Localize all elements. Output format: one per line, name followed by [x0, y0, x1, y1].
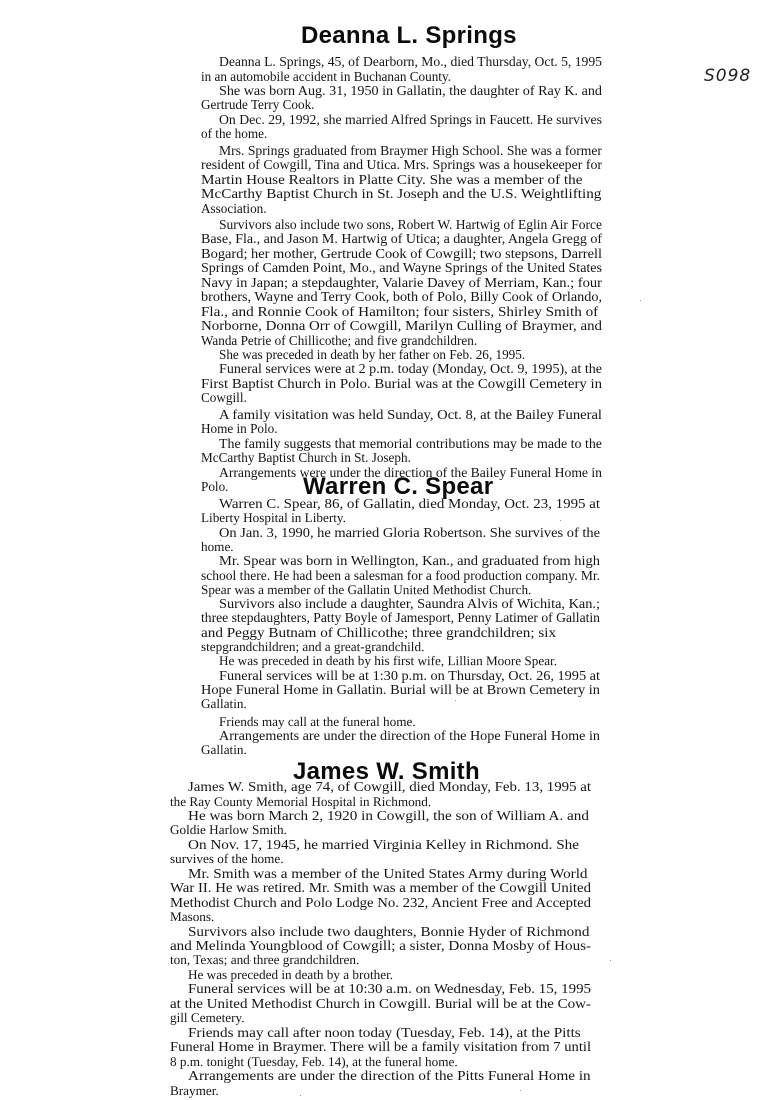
obituary-line: Survivors also include two sons, Robert …	[219, 218, 602, 232]
obituary-line: He was born March 2, 1920 in Cowgill, th…	[188, 809, 589, 823]
scan-speck	[470, 120, 471, 121]
obituary-line: Mr. Smith was a member of the United Sta…	[188, 867, 587, 881]
obituary-line: Base, Fla., and Jason M. Hartwig of Utic…	[201, 232, 602, 246]
obituary-line: Mrs. Springs graduated from Braymer High…	[219, 144, 602, 158]
obituary-line: He was preceded in death by his first wi…	[219, 654, 557, 668]
scan-speck	[640, 300, 641, 301]
scan-speck	[220, 540, 221, 541]
obituary-line: A family visitation was held Sunday, Oct…	[219, 408, 602, 422]
scan-speck	[600, 190, 601, 191]
obituary-line: Friends may call at the funeral home.	[219, 715, 416, 729]
obituary-line: brothers, Wayne and Terry Cook, both of …	[201, 290, 602, 304]
obituary-line: James W. Smith, age 74, of Cowgill, died…	[188, 780, 591, 794]
obituary-line: Gertrude Terry Cook.	[201, 98, 314, 112]
obituary-line: Funeral services were at 2 p.m. today (M…	[219, 362, 602, 376]
obituary-line: Wanda Petrie of Chillicothe; and five gr…	[201, 334, 477, 348]
obituary-line: of the home.	[201, 127, 267, 141]
obituary-line: in an automobile accident in Buchanan Co…	[201, 70, 451, 84]
obituary-line: home.	[201, 540, 234, 554]
obituary-line: Braymer.	[170, 1084, 219, 1098]
scan-speck	[330, 690, 331, 691]
obituary-line: Polo.	[201, 480, 228, 494]
obituary-line: Fla., and Ronnie Cook of Hamilton; four …	[201, 305, 598, 319]
obituary-line: Bogard; her mother, Gertrude Cook of Cow…	[201, 247, 602, 261]
obituary-line: Warren C. Spear, 86, of Gallatin, died M…	[219, 497, 600, 511]
obituary-line: Liberty Hospital in Liberty.	[201, 511, 346, 525]
obituary-line: Martin House Realtors in Platte City. Sh…	[201, 173, 582, 187]
scan-speck	[300, 1095, 301, 1096]
obituary-line: Spear was a member of the Gallatin Unite…	[201, 583, 531, 597]
obituary-line: Survivors also include a daughter, Saund…	[219, 597, 600, 611]
obituary-line: On Nov. 17, 1945, he married Virginia Ke…	[188, 838, 579, 852]
obituary-line: three stepdaughters, Patty Boyle of Jame…	[201, 611, 600, 625]
obituary-line: stepgrandchildren; and a great-grandchil…	[201, 640, 424, 654]
obituary-line: Survivors also include two daughters, Bo…	[188, 925, 589, 939]
obituary-line: and Peggy Butnam of Chillicothe; three g…	[201, 626, 556, 640]
obituary-line: He was preceded in death by a brother.	[188, 968, 393, 982]
obituary-line: Association.	[201, 202, 267, 216]
obituary-line: Deanna L. Springs, 45, of Dearborn, Mo.,…	[219, 55, 602, 69]
obituary-line: school there. He had been a salesman for…	[201, 569, 600, 583]
scan-speck	[610, 960, 611, 961]
obituary-line: gill Cemetery.	[170, 1011, 245, 1025]
obituary-line: Funeral services will be at 10:30 a.m. o…	[188, 982, 591, 996]
obituary-line: and Melinda Youngblood of Cowgill; a sis…	[170, 939, 591, 953]
obituary-line: the Ray County Memorial Hospital in Rich…	[170, 795, 431, 809]
obituary-line: ton, Texas; and three grandchildren.	[170, 953, 359, 967]
obituary-line: Arrangements are under the direction of …	[219, 729, 600, 743]
scan-speck	[246, 80, 247, 81]
obituary-line: She was preceded in death by her father …	[219, 348, 525, 362]
scan-speck	[560, 520, 561, 521]
scan-speck	[455, 700, 456, 701]
obituary-line: Gallatin.	[201, 743, 247, 757]
obituary-line: First Baptist Church in Polo. Burial was…	[201, 377, 602, 391]
obituary-line: Arrangements are under the direction of …	[188, 1069, 591, 1083]
obituary-line: She was born Aug. 31, 1950 in Gallatin, …	[219, 84, 602, 98]
obituary-line: McCarthy Baptist Church in St. Joseph an…	[201, 187, 601, 201]
obituary-line: at the United Methodist Church in Cowgil…	[170, 997, 591, 1011]
obituary-line: Methodist Church and Polo Lodge No. 232,…	[170, 896, 591, 910]
obituary-line: War II. He was retired. Mr. Smith was a …	[170, 881, 591, 895]
obituary-line: 8 p.m. tonight (Tuesday, Feb. 14), at th…	[170, 1055, 458, 1069]
obituary-line: Home in Polo.	[201, 422, 278, 436]
handwritten-annotation: S098	[704, 66, 751, 86]
obituary-line: Funeral services will be at 1:30 p.m. on…	[219, 669, 600, 683]
obituary-line: On Jan. 3, 1990, he married Gloria Rober…	[219, 526, 600, 540]
obituary-headline: Deanna L. Springs	[301, 22, 517, 50]
obituary-line: The family suggests that memorial contri…	[219, 437, 602, 451]
obituary-line: Springs of Camden Point, Mo., and Wayne …	[201, 261, 602, 275]
obituary-line: On Dec. 29, 1992, she married Alfred Spr…	[219, 113, 602, 127]
obituary-line: Friends may call after noon today (Tuesd…	[188, 1026, 581, 1040]
obituary-line: Funeral Home in Braymer. There will be a…	[170, 1040, 591, 1054]
scan-speck	[250, 960, 251, 961]
scan-speck	[395, 360, 396, 361]
obituary-line: Hope Funeral Home in Gallatin. Burial wi…	[201, 683, 600, 697]
obituary-line: Gallatin.	[201, 697, 247, 711]
obituary-line: Masons.	[170, 910, 214, 924]
obituary-line: Cowgill.	[201, 391, 247, 405]
obituary-line: Norborne, Donna Orr of Cowgill, Marilyn …	[201, 319, 602, 333]
obituary-line: resident of Cowgill, Tina and Utica. Mrs…	[201, 158, 602, 172]
obituary-line: survives of the home.	[170, 852, 284, 866]
obituary-line: Navy in Japan; a stepdaughter, Valarie D…	[201, 276, 602, 290]
scan-speck	[520, 1090, 521, 1091]
obituary-line: Mr. Spear was born in Wellington, Kan., …	[219, 554, 600, 568]
obituary-line: Goldie Harlow Smith.	[170, 823, 287, 837]
obituary-line: McCarthy Baptist Church in St. Joseph.	[201, 451, 411, 465]
